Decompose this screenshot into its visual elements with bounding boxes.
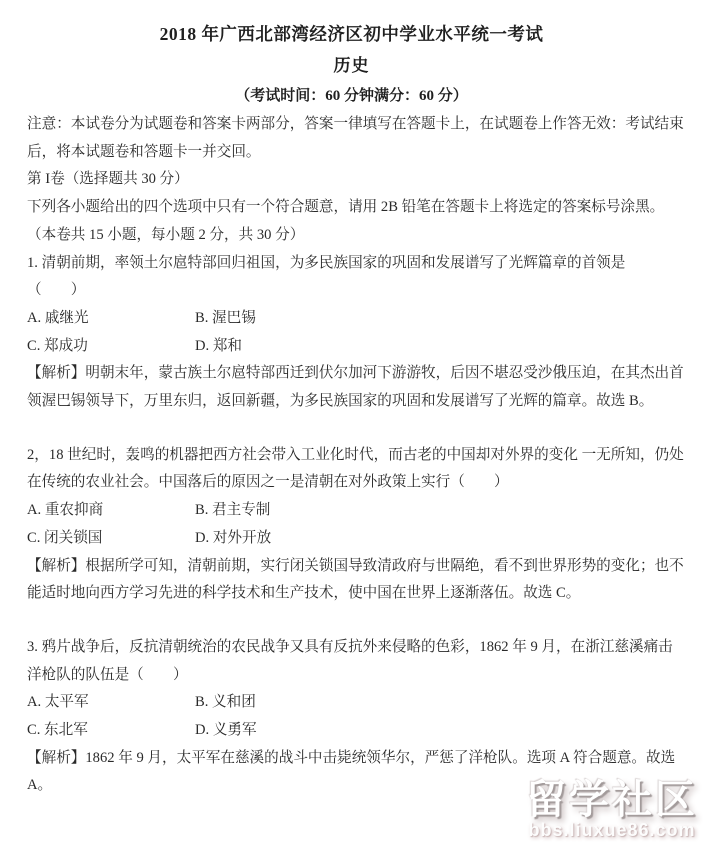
exam-header: 2018 年广西北部湾经济区初中学业水平统一考试 历史 （考试时间：60 分钟满… bbox=[0, 0, 703, 107]
section-instruction: 下列各小题给出的四个选项中只有一个符合题意，请用 2B 铅笔在答题卡上将选定的答… bbox=[27, 194, 693, 222]
question-3-option-d: D. 义勇军 bbox=[195, 717, 693, 745]
question-1-analysis-line-1: 【解析】明朝末年，蒙古族土尔扈特部西迁到伏尔加河下游游牧，后因不堪忍受沙俄压迫，… bbox=[27, 360, 693, 388]
question-1-options: A. 戚继光 B. 渥巴锡 C. 郑成功 D. 郑和 bbox=[27, 305, 693, 360]
question-2-option-c: C. 闭关锁国 bbox=[27, 525, 195, 553]
question-1-option-b: B. 渥巴锡 bbox=[195, 305, 693, 333]
question-3-options: A. 太平军 B. 义和团 C. 东北军 D. 义勇军 bbox=[27, 689, 693, 744]
question-3-stem-line-2: 洋枪队的队伍是（ ） bbox=[27, 662, 693, 690]
exam-time-score-info: （考试时间：60 分钟满分：60 分） bbox=[0, 85, 703, 107]
question-2-option-a: A. 重农抑商 bbox=[27, 497, 195, 525]
question-1: 1. 清朝前期，率领土尔扈特部回归祖国，为多民族国家的巩固和发展谱写了光辉篇章的… bbox=[27, 250, 693, 416]
question-3-option-a: A. 太平军 bbox=[27, 689, 195, 717]
question-1-stem-line-1: 1. 清朝前期，率领土尔扈特部回归祖国，为多民族国家的巩固和发展谱写了光辉篇章的… bbox=[27, 250, 693, 278]
question-1-option-a: A. 戚继光 bbox=[27, 305, 195, 333]
question-3-option-c: C. 东北军 bbox=[27, 717, 195, 745]
question-2-stem-line-1: 2，18 世纪时，轰鸣的机器把西方社会带入工业化时代，而古老的中国却对外界的变化… bbox=[27, 442, 693, 470]
question-3-stem-line-1: 3. 鸦片战争后，反抗清朝统治的农民战争又具有反抗外来侵略的色彩，1862 年 … bbox=[27, 634, 693, 662]
watermark-site-url: bbs.liuxue86.com bbox=[526, 820, 698, 841]
question-3-analysis-line-2: A。 bbox=[27, 772, 693, 800]
exam-paper-page: 2018 年广西北部湾经济区初中学业水平统一考试 历史 （考试时间：60 分钟满… bbox=[0, 0, 703, 847]
exam-title: 2018 年广西北部湾经济区初中学业水平统一考试 bbox=[0, 22, 703, 46]
notice-line-1: 注意：本试卷分为试题卷和答案卡两部分，答案一律填写在答题卡上，在试题卷上作答无效… bbox=[27, 111, 693, 139]
question-2-options: A. 重农抑商 B. 君主专制 C. 闭关锁国 D. 对外开放 bbox=[27, 497, 693, 552]
question-2-stem-line-2: 在传统的农业社会。中国落后的原因之一是清朝在对外政策上实行（ ） bbox=[27, 469, 693, 497]
question-1-analysis-line-2: 领渥巴锡领导下，万里东归，返回新疆，为多民族国家的巩固和发展谱写了光辉的篇章。故… bbox=[27, 388, 693, 416]
section-heading: 第 I卷（选择题共 30 分） bbox=[27, 166, 693, 194]
question-3-analysis-line-1: 【解析】1862 年 9 月，太平军在慈溪的战斗中击毙统领华尔，严惩了洋枪队。选… bbox=[27, 745, 693, 773]
question-1-option-d: D. 郑和 bbox=[195, 333, 693, 361]
question-3-option-b: B. 义和团 bbox=[195, 689, 693, 717]
question-1-option-c: C. 郑成功 bbox=[27, 333, 195, 361]
question-3: 3. 鸦片战争后，反抗清朝统治的农民战争又具有反抗外来侵略的色彩，1862 年 … bbox=[27, 634, 693, 800]
question-1-stem-line-2: （ ） bbox=[27, 277, 693, 305]
exam-body: 注意：本试卷分为试题卷和答案卡两部分，答案一律填写在答题卡上，在试题卷上作答无效… bbox=[0, 107, 703, 800]
question-2-option-b: B. 君主专制 bbox=[195, 497, 693, 525]
question-2-analysis-line-1: 【解析】根据所学可知，清朝前期，实行闭关锁国导致清政府与世隔绝，看不到世界形势的… bbox=[27, 553, 693, 581]
question-2-option-d: D. 对外开放 bbox=[195, 525, 693, 553]
section-scope-note: （本卷共 15 小题，每小题 2 分，共 30 分） bbox=[27, 222, 693, 250]
question-2: 2，18 世纪时，轰鸣的机器把西方社会带入工业化时代，而古老的中国却对外界的变化… bbox=[27, 442, 693, 608]
exam-subject: 历史 bbox=[0, 54, 703, 78]
notice-line-2: 后，将本试题卷和答题卡一并交回。 bbox=[27, 139, 693, 167]
question-2-analysis-line-2: 能适时地向西方学习先进的科学技术和生产技术，使中国在世界上逐渐落伍。故选 C。 bbox=[27, 580, 693, 608]
